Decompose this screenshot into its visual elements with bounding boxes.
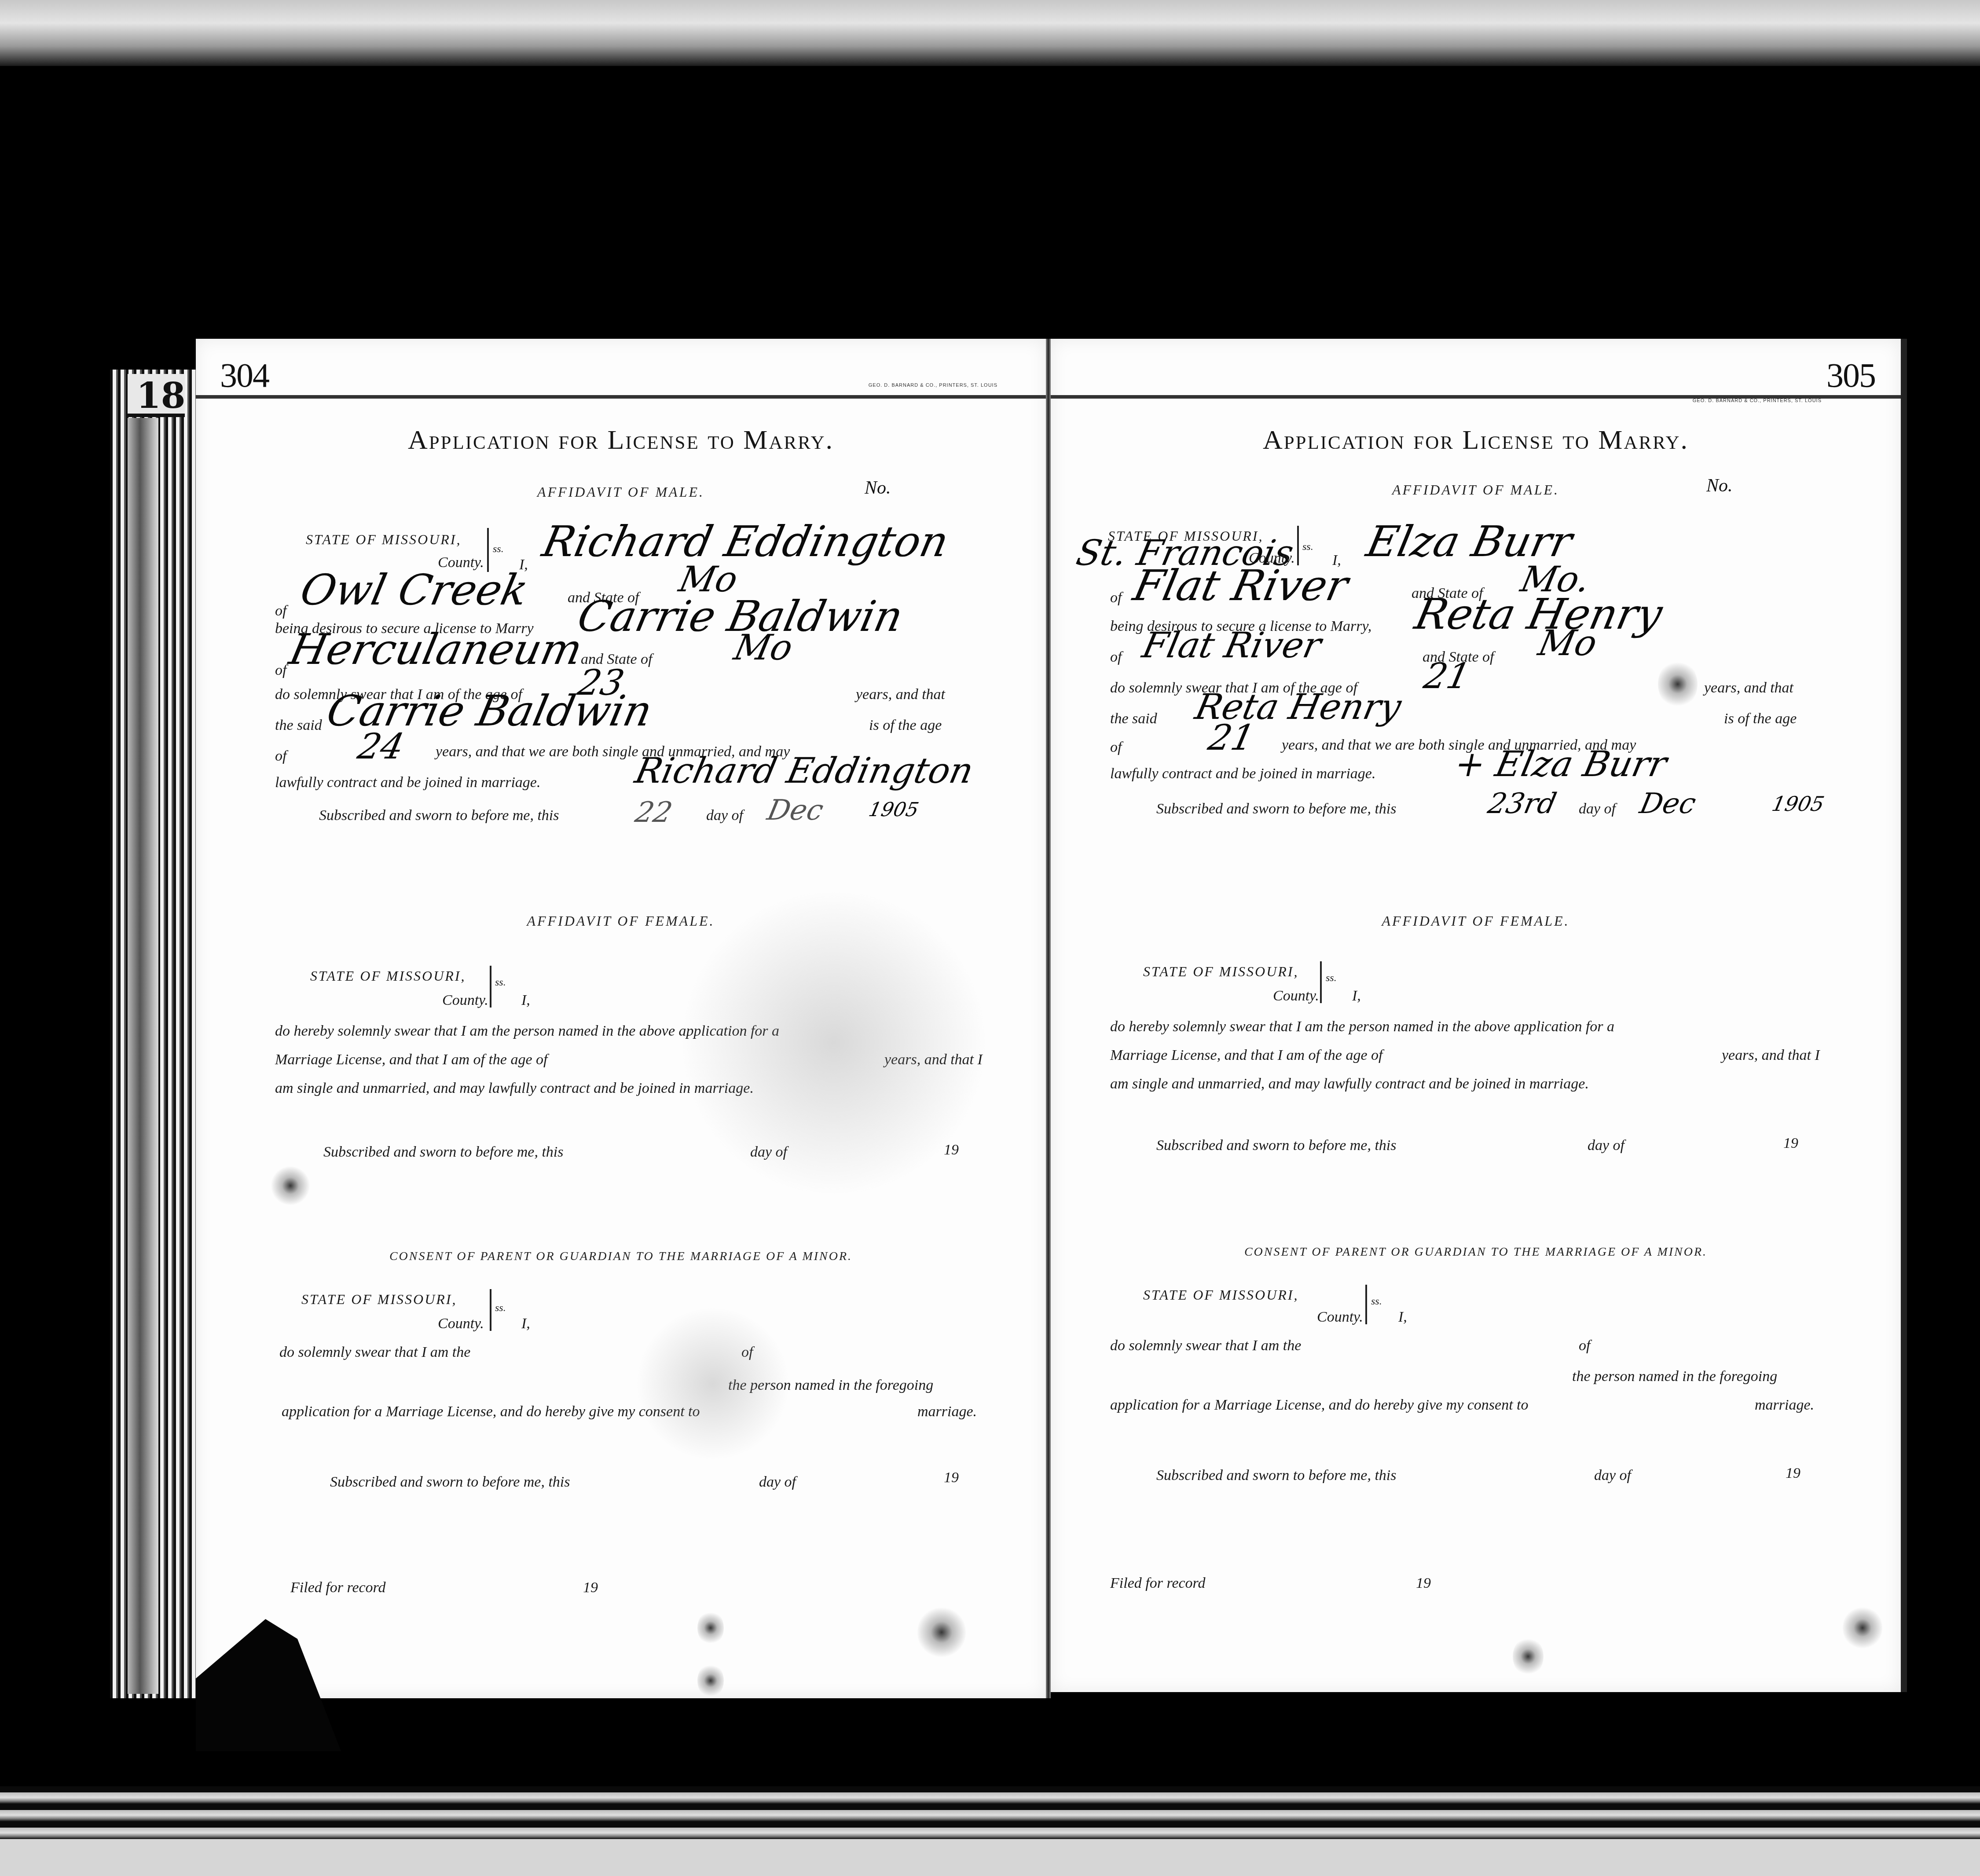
ledger-page-304: 304 GEO. D. BARNARD & CO., PRINTERS, ST.… [196, 339, 1046, 1698]
book-gutter [1046, 339, 1051, 1698]
applicant-age: 21 [1420, 656, 1474, 696]
filed-year-prefix: 19 [1416, 1575, 1431, 1592]
index-tab: 18 [128, 374, 185, 417]
sworn-year: 1905 [867, 799, 921, 821]
of-label-3: of [275, 748, 286, 765]
state-label: STATE OF MISSOURI, [310, 968, 466, 984]
applicant-name: Richard Eddington [538, 517, 953, 566]
applicant-signature: + Elza Burr [1451, 744, 1670, 784]
consent-line-3a: application for a Marriage License, and … [1110, 1397, 1529, 1414]
stain [680, 889, 988, 1197]
consent-line-1a: do solemnly swear that I am the [1110, 1337, 1301, 1354]
blot [1513, 1637, 1544, 1676]
brace [1320, 961, 1322, 1003]
ss-label: ss. [1302, 541, 1313, 553]
subscribed-label: Subscribed and sworn to before me, this [1156, 1467, 1397, 1484]
state-label: STATE OF MISSOURI, [301, 1291, 457, 1308]
blot [271, 1166, 310, 1205]
header-rule [196, 395, 1046, 399]
ss-label: ss. [1326, 972, 1337, 984]
brace [1297, 526, 1299, 565]
subscribed-label: Subscribed and sworn to before me, this [323, 1144, 564, 1161]
consent-line-3a: application for a Marriage License, and … [282, 1403, 700, 1420]
day-of-label: day of [1588, 1137, 1624, 1154]
male-affidavit-heading: AFFIDAVIT OF MALE. [196, 484, 1046, 500]
day-of-label: day of [706, 807, 743, 824]
applicant-signature: Richard Eddington [631, 750, 977, 791]
applicant-residence: Flat River [1129, 561, 1352, 610]
bride-state: Mo [1535, 623, 1601, 663]
bride-age: 21 [1205, 717, 1258, 758]
year-prefix: 19 [1786, 1465, 1800, 1482]
consent-line-3b: marriage. [1755, 1397, 1814, 1414]
blot [1658, 660, 1698, 708]
ledger-page-305: 305 GEO. D. BARNARD & CO., PRINTERS, ST.… [1051, 339, 1907, 1692]
brace [1365, 1285, 1367, 1324]
the-said-label: the said [1110, 711, 1157, 727]
lawfully-label: lawfully contract and be joined in marri… [1110, 766, 1375, 782]
consent-line-3b: marriage. [917, 1403, 977, 1420]
page-number: 305 [1826, 355, 1875, 395]
blot [697, 1663, 724, 1698]
female-oath-line-3: am single and unmarried, and may lawfull… [275, 1080, 754, 1097]
bride-residence: Flat River [1139, 625, 1325, 666]
state-label: STATE OF MISSOURI, [1143, 964, 1299, 980]
i-label: I, [521, 992, 530, 1009]
ss-label: ss. [493, 543, 504, 555]
scanner-bottom-edge [0, 1786, 1980, 1876]
is-of-age-label: is of the age [869, 717, 942, 734]
female-affidavit-heading: AFFIDAVIT OF FEMALE. [1051, 913, 1901, 929]
of-label: of [275, 603, 286, 619]
county-label: County. [1273, 988, 1319, 1004]
filed-year-prefix: 19 [583, 1579, 598, 1596]
sworn-month: Dec [764, 794, 826, 827]
printer-imprint: GEO. D. BARNARD & CO., PRINTERS, ST. LOU… [869, 383, 997, 388]
sworn-year: 1905 [1770, 792, 1826, 816]
state-label: STATE OF MISSOURI, [306, 531, 462, 548]
blot [1843, 1606, 1882, 1650]
filed-for-record-label: Filed for record [1110, 1575, 1206, 1592]
female-oath-line-2b: years, and that I [1722, 1047, 1820, 1064]
state-label: STATE OF MISSOURI, [1143, 1287, 1299, 1303]
consent-heading: CONSENT OF PARENT OR GUARDIAN TO THE MAR… [1051, 1245, 1901, 1259]
applicant-residence: Owl Creek [296, 565, 532, 615]
brace [490, 1289, 491, 1331]
day-of-label: day of [1594, 1467, 1631, 1484]
application-number-label: No. [865, 477, 891, 498]
sworn-month: Dec [1637, 788, 1699, 820]
day-of-label: day of [759, 1474, 796, 1491]
page-number: 304 [220, 355, 269, 395]
ss-label: ss. [1371, 1296, 1382, 1308]
year-prefix: 19 [1783, 1135, 1798, 1152]
filed-for-record-label: Filed for record [290, 1579, 386, 1596]
is-of-age-label: is of the age [1724, 711, 1797, 727]
blot [917, 1606, 966, 1659]
male-affidavit-heading: AFFIDAVIT OF MALE. [1051, 482, 1901, 498]
ledger-spine [128, 418, 158, 1694]
sworn-day: 22 [632, 796, 675, 829]
years-and-that-label: years, and that [856, 686, 945, 703]
county-label: County. [438, 1315, 484, 1332]
of-label-2: of [1110, 649, 1122, 666]
lawfully-label: lawfully contract and be joined in marri… [275, 774, 540, 791]
page-title: Application for License to Marry. [196, 425, 1046, 456]
brace [490, 966, 491, 1008]
application-number-label: No. [1706, 475, 1733, 496]
bride-name: Reta Henry [1411, 590, 1667, 639]
stain [636, 1307, 790, 1461]
i-label: I, [1352, 988, 1361, 1004]
blot [697, 1610, 724, 1645]
years-and-that-label: years, and that [1704, 680, 1793, 696]
female-oath-line-2a: Marriage License, and that I am of the a… [275, 1052, 547, 1068]
i-label: I, [521, 1315, 530, 1332]
county-label: County. [1317, 1309, 1363, 1326]
scanner-top-edge [0, 0, 1980, 66]
printer-imprint: GEO. D. BARNARD & CO., PRINTERS, ST. LOU… [1693, 398, 1822, 403]
index-tab-label: 18 [136, 375, 185, 416]
bride-age: 24 [354, 726, 408, 767]
the-said-label: the said [275, 717, 322, 734]
county-label: County. [442, 992, 488, 1009]
of-label: of [1110, 590, 1122, 606]
subscribed-label: Subscribed and sworn to before me, this [1156, 1137, 1397, 1154]
i-label: I, [1398, 1309, 1407, 1326]
of-label-2: of [275, 662, 286, 679]
subscribed-label: Subscribed and sworn to before me, this [330, 1474, 570, 1491]
ss-label: ss. [495, 977, 506, 989]
consent-line-1b: of [1579, 1337, 1590, 1354]
consent-line-2: the person named in the foregoing [1572, 1368, 1777, 1385]
female-oath-line-1: do hereby solemnly swear that I am the p… [1110, 1019, 1614, 1035]
page-title: Application for License to Marry. [1051, 425, 1901, 456]
consent-line-1a: do solemnly swear that I am the [279, 1344, 470, 1361]
bride-residence: Herculaneum [285, 625, 587, 674]
ss-label: ss. [495, 1302, 506, 1314]
subscribed-label: Subscribed and sworn to before me, this [1156, 801, 1397, 817]
bride-state: Mo [730, 627, 796, 668]
subscribed-label: Subscribed and sworn to before me, this [319, 807, 559, 824]
header-rule [1051, 395, 1901, 399]
female-oath-line-2a: Marriage License, and that I am of the a… [1110, 1047, 1382, 1064]
day-of-label: day of [1579, 801, 1616, 817]
female-oath-line-3: am single and unmarried, and may lawfull… [1110, 1076, 1589, 1092]
year-prefix: 19 [944, 1469, 959, 1486]
consent-heading: CONSENT OF PARENT OR GUARDIAN TO THE MAR… [196, 1249, 1046, 1264]
of-label-3: of [1110, 739, 1122, 756]
sworn-day: 23rd [1485, 788, 1559, 820]
